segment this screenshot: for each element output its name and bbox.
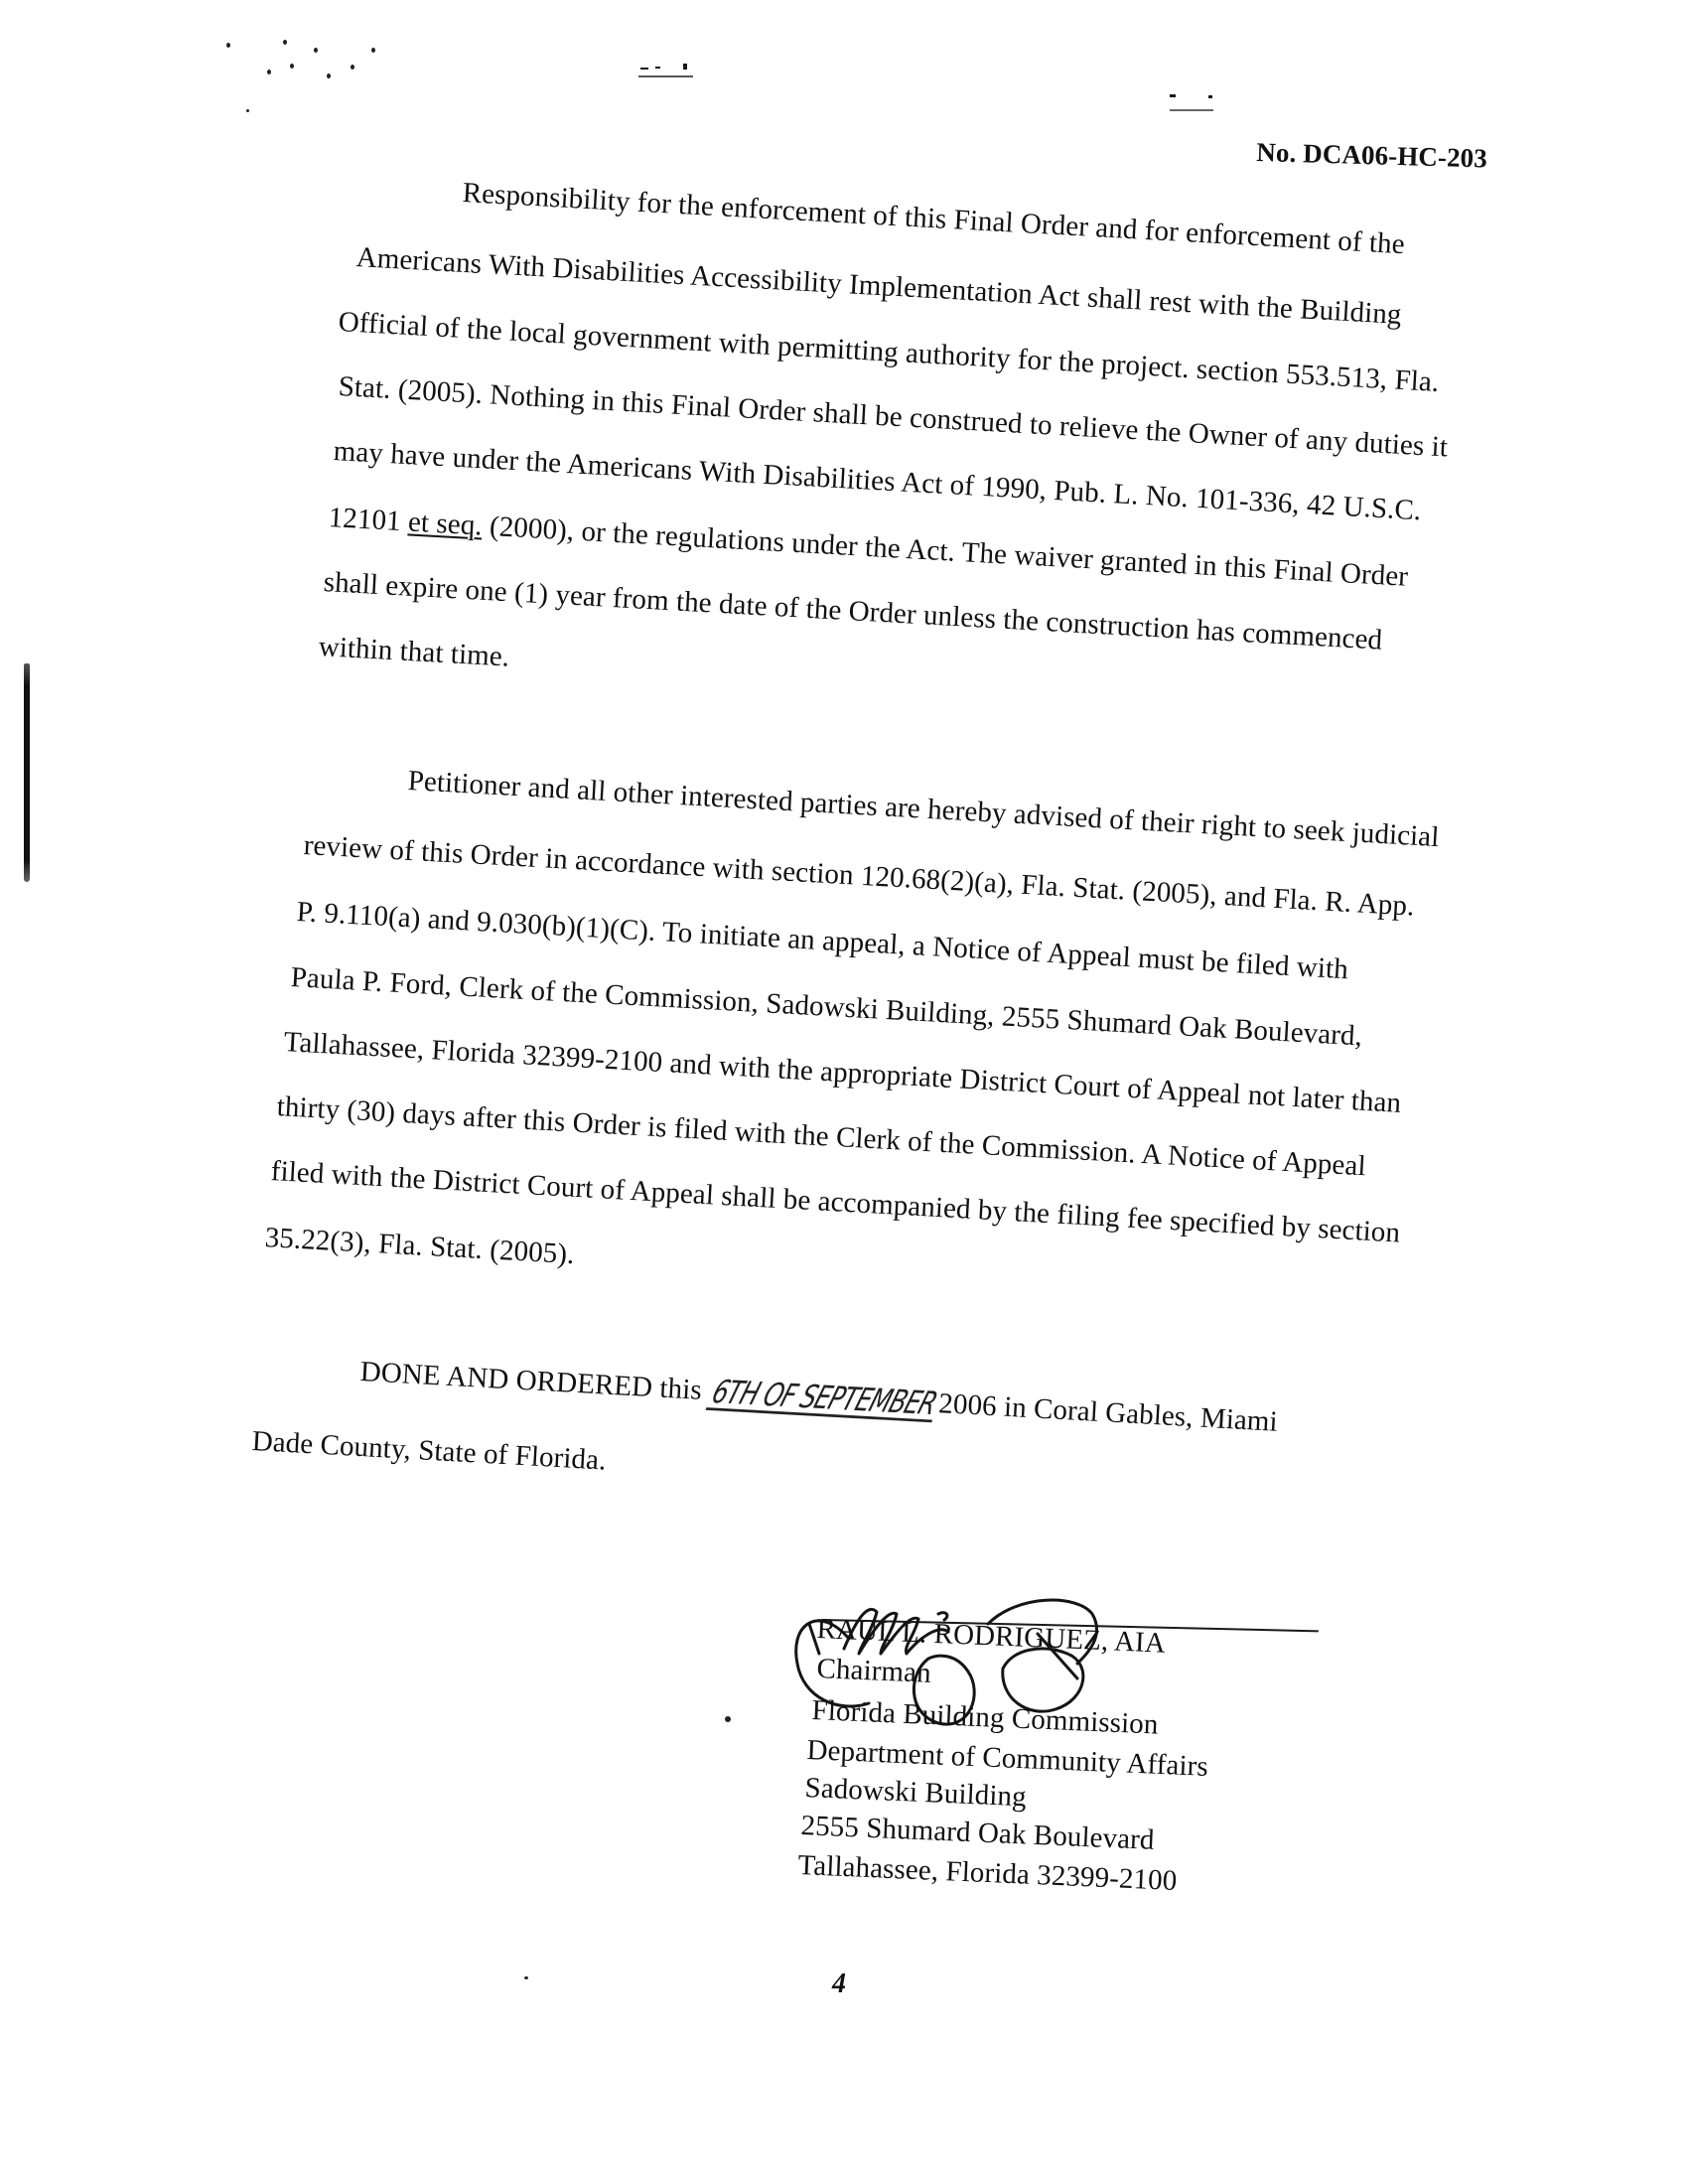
et-seq-citation: et seq. — [407, 506, 483, 541]
scan-speck — [267, 70, 271, 74]
signatory-title: Chairman — [816, 1655, 931, 1688]
case-number: No. DCA06-HC-203 — [1256, 139, 1487, 172]
signatory-street: 2555 Shumard Oak Boulevard — [800, 1812, 1155, 1855]
done-and-ordered-location: Dade County, State of Florida. — [251, 1427, 607, 1476]
done-and-ordered-suffix: 2006 in Coral Gables, Miami — [938, 1387, 1279, 1438]
scan-speck — [524, 1976, 528, 1979]
scan-speck — [314, 48, 318, 53]
scan-speck — [725, 1716, 731, 1722]
done-and-ordered-line: DONE AND ORDERED this 6TH OF SEPTEMBER20… — [359, 1358, 1278, 1437]
scan-speck — [226, 43, 230, 48]
done-and-ordered-prefix: DONE AND ORDERED this — [359, 1356, 703, 1406]
scan-speck — [351, 65, 354, 70]
paragraph-line: Responsibility for the enforcement of th… — [462, 179, 1405, 259]
scan-speck — [283, 40, 287, 45]
scan-speck — [327, 73, 331, 78]
scan-speck — [290, 64, 294, 69]
handwritten-date: 6TH OF SEPTEMBER — [705, 1376, 942, 1422]
document-page: No. DCA06-HC-203 Responsibility for the … — [0, 0, 1688, 2184]
scan-edge-artifact — [24, 663, 30, 882]
page-number: 4 — [832, 1968, 846, 2000]
signatory-city: Tallahassee, Florida 32399-2100 — [797, 1851, 1178, 1896]
scan-speck — [371, 48, 375, 53]
paragraph-line: Petitioner and all other interested part… — [407, 767, 1440, 852]
citation-rest: (2000), or the regulations under the Act… — [482, 510, 1409, 593]
signatory-building: Sadowski Building — [804, 1774, 1027, 1812]
scan-speck — [246, 109, 249, 112]
paragraph-line: within that time. — [318, 633, 510, 672]
paragraph-line: 35.22(3), Fla. Stat. (2005). — [264, 1224, 575, 1269]
citation-number: 12101 — [328, 502, 402, 537]
